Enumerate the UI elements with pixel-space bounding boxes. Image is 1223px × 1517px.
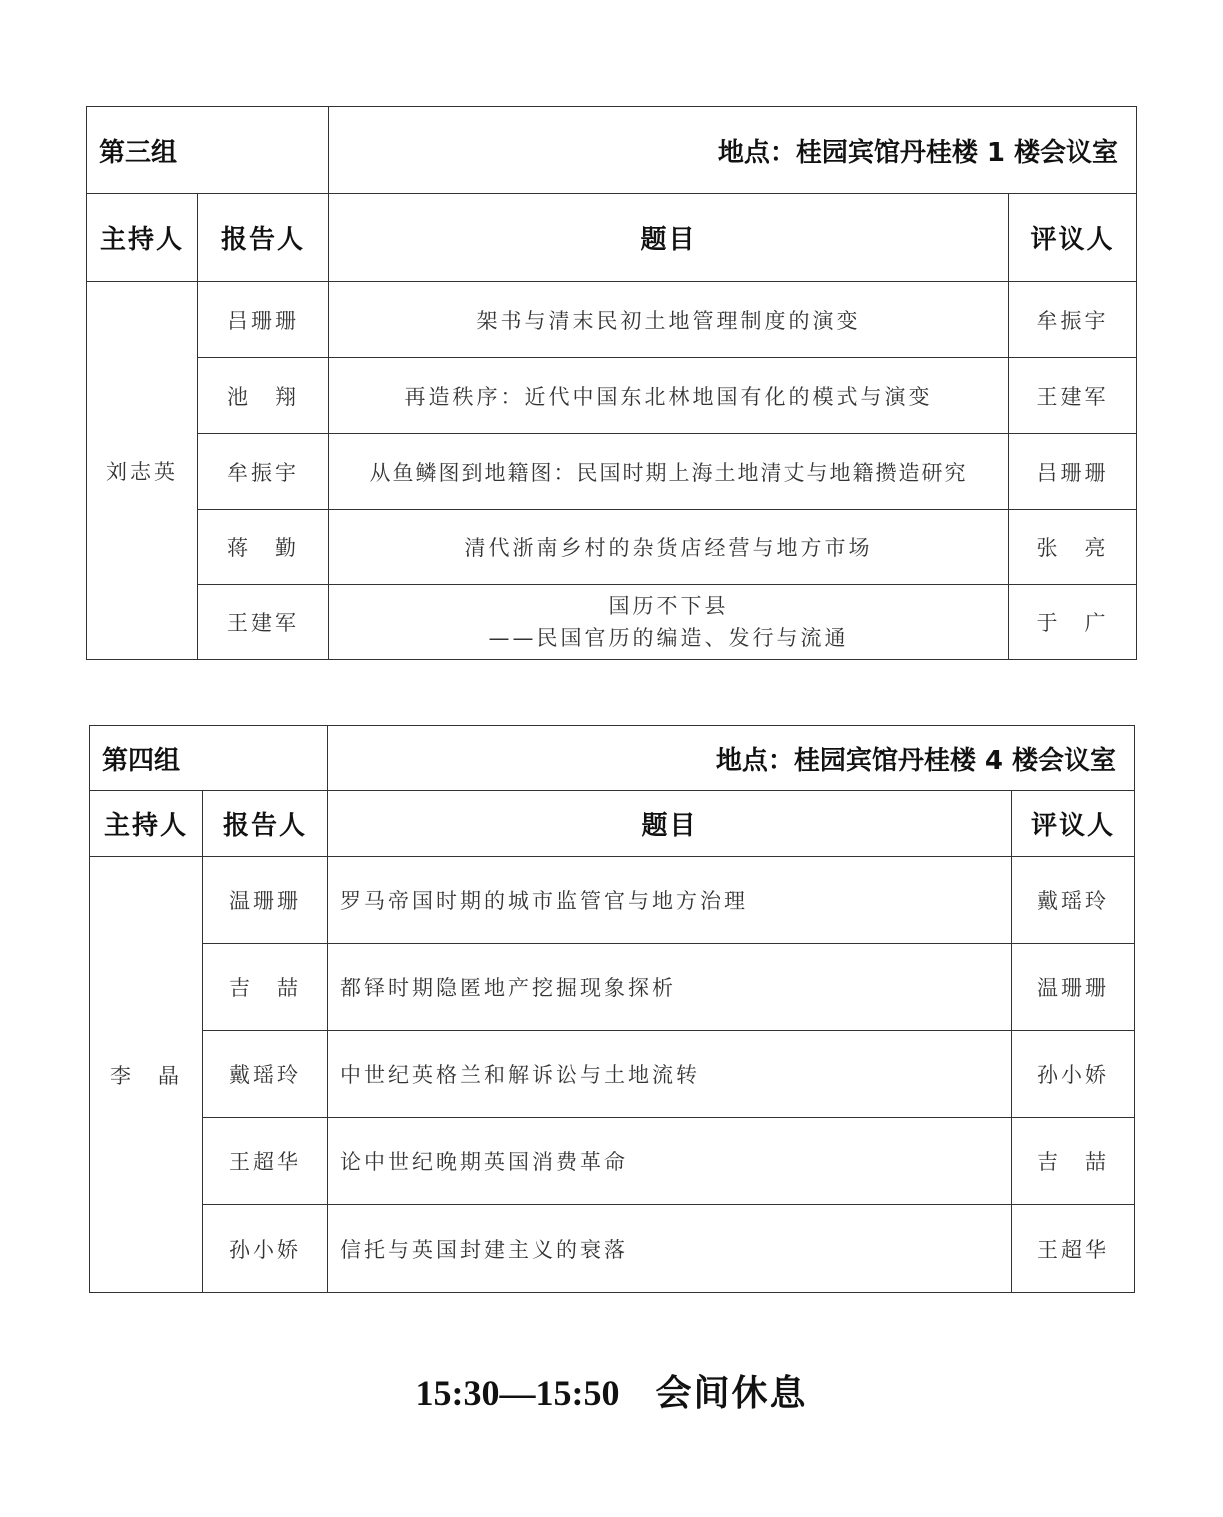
table-row: 刘志英 吕珊珊 架书与清末民初土地管理制度的演变 牟振宇 xyxy=(87,282,1137,358)
discussant-name: 牟振宇 xyxy=(1009,282,1137,358)
header-title: 题目 xyxy=(329,194,1009,282)
discussant-name: 孙小娇 xyxy=(1012,1031,1135,1118)
paper-title: 论中世纪晚期英国消费革命 xyxy=(328,1118,1012,1205)
paper-title-subtitle: ——民国官历的编造、发行与流通 xyxy=(329,622,1008,654)
header-speaker: 报告人 xyxy=(198,194,329,282)
paper-title-main: 国历不下县 xyxy=(329,590,1008,622)
discussant-name: 王建军 xyxy=(1009,358,1137,434)
table-row: 王建军 国历不下县 ——民国官历的编造、发行与流通 于 广 xyxy=(87,585,1137,660)
table-row: 王超华 论中世纪晚期英国消费革命 吉 喆 xyxy=(90,1118,1135,1205)
break-notice: 15:30—15:50会间休息 xyxy=(0,1365,1223,1416)
discussant-name: 吕珊珊 xyxy=(1009,434,1137,510)
paper-title: 都铎时期隐匿地产挖掘现象探析 xyxy=(328,944,1012,1031)
discussant-name: 王超华 xyxy=(1012,1205,1135,1293)
break-label: 会间休息 xyxy=(655,1373,807,1414)
table-row: 池 翔 再造秩序：近代中国东北林地国有化的模式与演变 王建军 xyxy=(87,358,1137,434)
discussant-name: 于 广 xyxy=(1009,585,1137,660)
session-table-group-4: 第四组 地点：桂园宾馆丹桂楼 4 楼会议室 主持人 报告人 题目 评议人 李 晶… xyxy=(89,725,1135,1293)
group-name: 第四组 xyxy=(90,726,328,791)
paper-title: 从鱼鳞图到地籍图：民国时期上海土地清丈与地籍攒造研究 xyxy=(329,434,1009,510)
discussant-name: 吉 喆 xyxy=(1012,1118,1135,1205)
table-row: 李 晶 温珊珊 罗马帝国时期的城市监管官与地方治理 戴瑶玲 xyxy=(90,857,1135,944)
header-chair: 主持人 xyxy=(87,194,198,282)
group-name: 第三组 xyxy=(87,107,329,194)
paper-title: 再造秩序：近代中国东北林地国有化的模式与演变 xyxy=(329,358,1009,434)
table-row: 牟振宇 从鱼鳞图到地籍图：民国时期上海土地清丈与地籍攒造研究 吕珊珊 xyxy=(87,434,1137,510)
group-location: 地点：桂园宾馆丹桂楼 1 楼会议室 xyxy=(329,107,1137,194)
paper-title: 国历不下县 ——民国官历的编造、发行与流通 xyxy=(329,585,1009,660)
speaker-name: 温珊珊 xyxy=(203,857,328,944)
paper-title: 架书与清末民初土地管理制度的演变 xyxy=(329,282,1009,358)
group-location: 地点：桂园宾馆丹桂楼 4 楼会议室 xyxy=(328,726,1135,791)
header-speaker: 报告人 xyxy=(203,791,328,857)
table-row: 吉 喆 都铎时期隐匿地产挖掘现象探析 温珊珊 xyxy=(90,944,1135,1031)
break-time: 15:30—15:50 xyxy=(416,1373,620,1413)
paper-title: 信托与英国封建主义的衰落 xyxy=(328,1205,1012,1293)
speaker-name: 戴瑶玲 xyxy=(203,1031,328,1118)
speaker-name: 王建军 xyxy=(198,585,329,660)
header-discussant: 评议人 xyxy=(1009,194,1137,282)
table-row: 戴瑶玲 中世纪英格兰和解诉讼与土地流转 孙小娇 xyxy=(90,1031,1135,1118)
header-discussant: 评议人 xyxy=(1012,791,1135,857)
discussant-name: 张 亮 xyxy=(1009,510,1137,585)
paper-title: 中世纪英格兰和解诉讼与土地流转 xyxy=(328,1031,1012,1118)
speaker-name: 牟振宇 xyxy=(198,434,329,510)
speaker-name: 蒋 勤 xyxy=(198,510,329,585)
session-table-group-3: 第三组 地点：桂园宾馆丹桂楼 1 楼会议室 主持人 报告人 题目 评议人 刘志英… xyxy=(86,106,1137,660)
paper-title: 清代浙南乡村的杂货店经营与地方市场 xyxy=(329,510,1009,585)
discussant-name: 戴瑶玲 xyxy=(1012,857,1135,944)
speaker-name: 王超华 xyxy=(203,1118,328,1205)
header-chair: 主持人 xyxy=(90,791,203,857)
discussant-name: 温珊珊 xyxy=(1012,944,1135,1031)
paper-title: 罗马帝国时期的城市监管官与地方治理 xyxy=(328,857,1012,944)
table-row: 孙小娇 信托与英国封建主义的衰落 王超华 xyxy=(90,1205,1135,1293)
speaker-name: 吕珊珊 xyxy=(198,282,329,358)
table-row: 蒋 勤 清代浙南乡村的杂货店经营与地方市场 张 亮 xyxy=(87,510,1137,585)
speaker-name: 池 翔 xyxy=(198,358,329,434)
chair-name: 李 晶 xyxy=(90,857,203,1293)
speaker-name: 吉 喆 xyxy=(203,944,328,1031)
chair-name: 刘志英 xyxy=(87,282,198,660)
speaker-name: 孙小娇 xyxy=(203,1205,328,1293)
header-title: 题目 xyxy=(328,791,1012,857)
